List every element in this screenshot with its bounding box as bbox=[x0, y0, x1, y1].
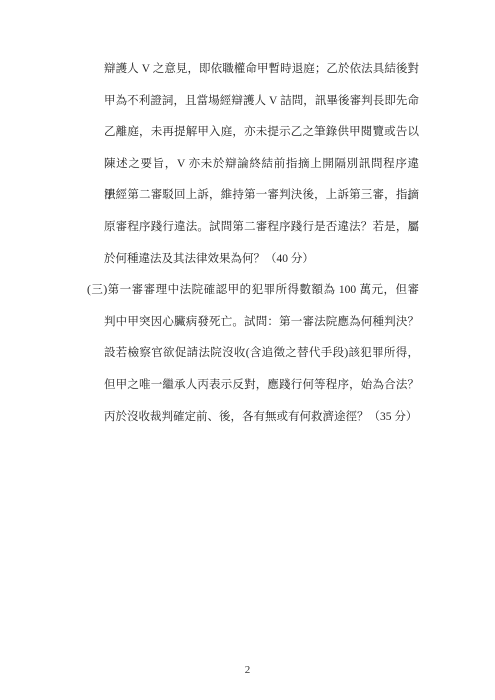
text-line: 甲經第二審駁回上訴，維持第一審判決後，上訴第三審，指摘 bbox=[104, 180, 419, 212]
body-text-block: 辯護人 V 之意見，即依職權命甲暫時退庭；乙於依法具結後對 甲為不利證詞，且當場… bbox=[104, 54, 419, 433]
text-line: 丙於沒收裁判確定前、後，各有無或有何救濟途徑？（35 分） bbox=[104, 402, 419, 434]
text-line-item-marker: (三)第一審審理中法院確認甲的犯罪所得數額為 100 萬元，但審 bbox=[87, 275, 419, 307]
text-line: 設若檢察官欲促請法院沒收(含追徵之替代手段)該犯罪所得， bbox=[104, 338, 419, 370]
text-line: 判中甲突因心臟病發死亡。試問：第一審法院應為何種判決？ bbox=[104, 307, 419, 339]
text-line: 原審程序踐行違法。試問第二審程序踐行是否違法？若是，屬 bbox=[104, 212, 419, 244]
document-page: 辯護人 V 之意見，即依職權命甲暫時退庭；乙於依法具結後對 甲為不利證詞，且當場… bbox=[0, 0, 495, 700]
text-line: 乙離庭，未再提解甲入庭，亦未提示乙之筆錄供甲閱覽或告以 bbox=[104, 117, 419, 149]
text-line: 辯護人 V 之意見，即依職權命甲暫時退庭；乙於依法具結後對 bbox=[104, 54, 419, 86]
text-line: 但甲之唯一繼承人丙表示反對，應踐行何等程序，始為合法？ bbox=[104, 370, 419, 402]
page-number: 2 bbox=[0, 662, 495, 678]
text-line: 甲為不利證詞，且當場經辯護人 V 詰問，訊畢後審判長即先命 bbox=[104, 86, 419, 118]
text-line: 於何種違法及其法律效果為何？（40 分） bbox=[104, 244, 419, 276]
text-line: 陳述之要旨，V 亦未於辯論終結前指摘上開隔別訊問程序違法。 bbox=[104, 149, 419, 181]
